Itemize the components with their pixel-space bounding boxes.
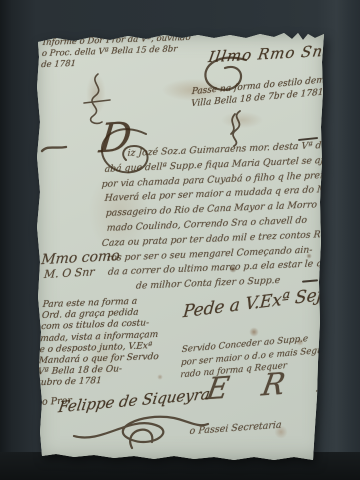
archival-annotation: Informe o Dor Pror da Vª, ouvindo o Proc… (41, 33, 191, 71)
petition-body: iz Jozé Soz.a Guimaraens mor. desta Vª d… (90, 137, 360, 297)
decision-line: tubro de 1781 (37, 374, 158, 389)
decision-block: Para este na forma a Ord. da graça pedid… (37, 296, 163, 390)
salutation-illmo-rmo-snr: Illmo Rmo Snr (207, 42, 333, 67)
paper-sheet-wrapper: Informe o Dor Pror da Vª, ouvindo o Proc… (34, 32, 328, 462)
margin-abbreviation: Mmo como M. O Snr (39, 248, 120, 281)
left-edge-dash-icon (40, 142, 68, 154)
photograph-of-manuscript: Informe o Dor Pror da Vª, ouvindo o Proc… (0, 0, 360, 480)
manuscript-page: Informe o Dor Pror da Vª, ouvindo o Proc… (34, 32, 328, 462)
